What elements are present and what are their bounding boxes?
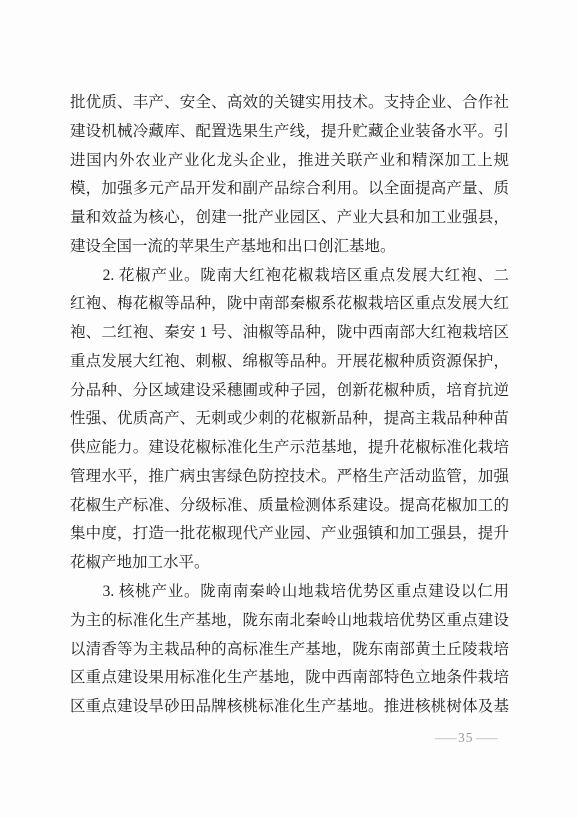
text-line: 供应能力。建设花椒标准化生产示范基地，提升花椒标准化栽培 xyxy=(70,434,509,463)
text-line: 管理水平，推广病虫害绿色防控技术。严格生产活动监管，加强 xyxy=(70,463,509,492)
document-body: 批优质、丰产、安全、高效的关键实用技术。支持企业、合作社 建设机械冷藏库、配置选… xyxy=(70,89,509,722)
text-line: 分品种、分区域建设采穗圃或种子园，创新花椒种质，培育抗逆 xyxy=(70,377,509,406)
text-line: 进国内外农业产业化龙头企业，推进关联产业和精深加工上规 xyxy=(70,147,509,176)
text-line: 建设机械冷藏库、配置选果生产线，提升贮藏企业装备水平。引 xyxy=(70,118,509,147)
text-line: 花椒生产标准、分级标准、质量检测体系建设。提高花椒加工的 xyxy=(70,492,509,521)
text-line: 集中度，打造一批花椒现代产业园、产业强镇和加工强县，提升 xyxy=(70,520,509,549)
text-line: 重点发展大红袍、刺椒、绵椒等品种。开展花椒种质资源保护， xyxy=(70,348,509,377)
page-footer: — 35 — xyxy=(439,730,494,746)
text-line: 袍、二红袍、秦安 1 号、油椒等品种，陇中西南部大红袍栽培区 xyxy=(70,319,509,348)
text-line: 区重点建设果用标准化生产基地，陇中西南部特色立地条件栽培 xyxy=(70,664,509,693)
text-line: 性强、优质高产、无刺或少刺的花椒新品种，提高主栽品种种苗 xyxy=(70,405,509,434)
footer-dash-left: — xyxy=(434,730,456,746)
text-line-paragraph-start: 2. 花椒产业。陇南大红袍花椒栽培区重点发展大红袍、二 xyxy=(70,262,509,291)
text-line: 量和效益为核心，创建一批产业园区、产业大县和加工业强县， xyxy=(70,204,509,233)
document-page: 批优质、丰产、安全、高效的关键实用技术。支持企业、合作社 建设机械冷藏库、配置选… xyxy=(0,0,578,818)
text-line: 区重点建设旱砂田品牌核桃标准化生产基地。推进核桃树体及基 xyxy=(70,693,509,722)
text-line: 模，加强多元产品开发和副产品综合利用。以全面提高产量、质 xyxy=(70,175,509,204)
text-line: 为主的标准化生产基地，陇东南北秦岭山地栽培优势区重点建设 xyxy=(70,607,509,636)
text-line: 红袍、梅花椒等品种，陇中南部秦椒系花椒栽培区重点发展大红 xyxy=(70,290,509,319)
text-line: 以清香等为主栽品种的高标准生产基地，陇东南部黄土丘陵栽培 xyxy=(70,636,509,665)
text-line: 批优质、丰产、安全、高效的关键实用技术。支持企业、合作社 xyxy=(70,89,509,118)
text-line-paragraph-start: 3. 核桃产业。陇南南秦岭山地栽培优势区重点建设以仁用 xyxy=(70,578,509,607)
page-number: 35 xyxy=(458,730,474,746)
text-line: 花椒产地加工水平。 xyxy=(70,549,509,578)
text-line: 建设全国一流的苹果生产基地和出口创汇基地。 xyxy=(70,233,509,262)
footer-dash-right: — xyxy=(475,730,497,746)
